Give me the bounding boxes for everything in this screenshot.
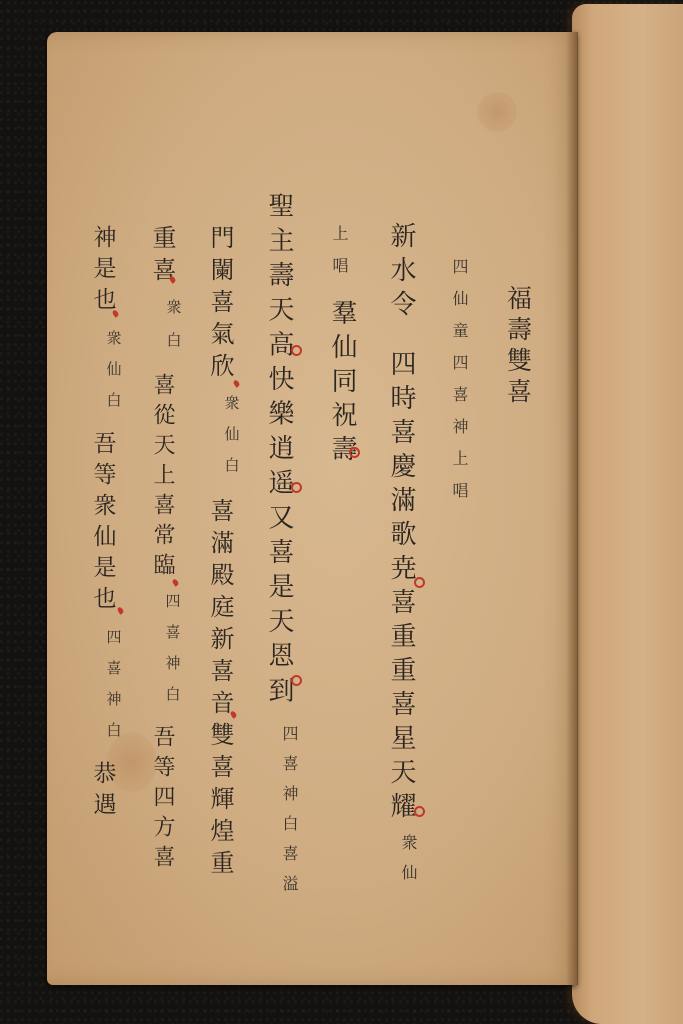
speaker-cue: 衆白 xyxy=(166,299,181,365)
verse-column-5: 聖主壽天高快樂逍遥又喜是天恩到 四喜神白喜溢 xyxy=(262,192,296,905)
verse-text: 吾等衆仙是也 xyxy=(91,431,114,617)
tune-name: 新水令 xyxy=(388,222,414,324)
stage-direction-column: 四仙童四喜神上唱 xyxy=(448,258,470,514)
verse-text: 門闌喜氣欣 xyxy=(208,225,232,385)
verse-text: 喜滿殿庭新喜音雙喜輝煌重 xyxy=(208,498,232,882)
speaker-cue: 四喜神白 xyxy=(106,629,121,753)
red-circle-punctuation-icon xyxy=(291,675,302,686)
speaker-cue: 四喜神白喜溢 xyxy=(281,725,297,905)
speaker-cue: 衆仙白 xyxy=(106,330,121,423)
verse-text: 恭遇 xyxy=(91,761,114,823)
verse-text: 喜從天上喜常臨 xyxy=(151,373,173,583)
verse-text: 羣仙同祝壽 xyxy=(329,299,355,469)
verse-column-6: 門闌喜氣欣 衆仙白 喜滿殿庭新喜音雙喜輝煌重 xyxy=(203,225,237,882)
verse-column-4: 上唱 羣仙同祝壽 xyxy=(325,225,359,469)
stage-direction-text: 上唱 xyxy=(331,225,347,289)
manuscript-page xyxy=(47,32,577,985)
verse-text: 聖主壽天高快樂逍遥又喜是天恩到 xyxy=(266,192,292,711)
red-circle-punctuation-icon xyxy=(414,577,425,588)
red-circle-punctuation-icon xyxy=(349,447,360,458)
verse-column-7: 重喜 衆白 喜從天上喜常臨 四喜神白 吾等四方喜 xyxy=(145,225,179,875)
paper-stain xyxy=(477,92,517,132)
facing-page-right xyxy=(572,4,683,1024)
title-text: 福壽雙喜 xyxy=(506,285,531,409)
speaker-cue: 四喜神白 xyxy=(165,593,180,717)
verse-text: 四時喜慶滿歌尭喜重重喜星天耀 xyxy=(388,350,414,826)
red-circle-punctuation-icon xyxy=(291,482,302,493)
verse-text: 吾等四方喜 xyxy=(151,725,173,875)
verse-column-3: 新水令 四時喜慶滿歌尭喜重重喜星天耀 衆仙 xyxy=(385,222,417,894)
red-circle-punctuation-icon xyxy=(291,345,302,356)
title-column: 福壽雙喜 xyxy=(502,285,534,409)
book-gutter xyxy=(566,32,578,985)
speaker-cue: 衆仙白 xyxy=(224,395,239,488)
speaker-cue: 衆仙 xyxy=(400,834,416,894)
verse-text: 神是也 xyxy=(91,225,114,318)
stage-direction-text: 四仙童四喜神上唱 xyxy=(451,258,467,514)
red-circle-punctuation-icon xyxy=(414,806,425,817)
